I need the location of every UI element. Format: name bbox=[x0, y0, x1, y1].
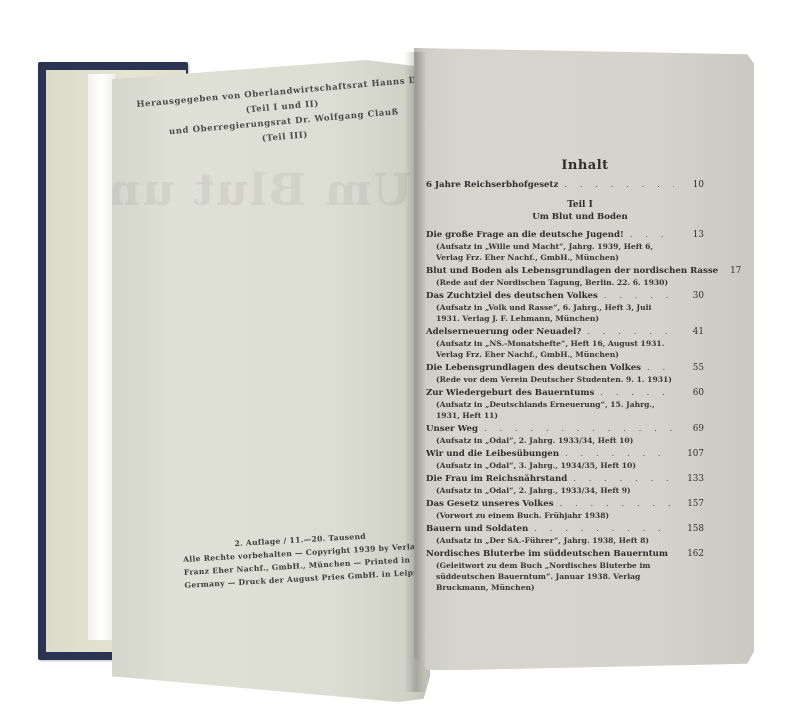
toc-entry-title: Unser Weg bbox=[426, 423, 478, 435]
toc-leader: . . . . . . . . . . . . . . . . . . . . … bbox=[600, 387, 674, 399]
toc-entry-title: Nordisches Bluterbe im süddeutschen Baue… bbox=[426, 548, 668, 560]
toc-entry-page: 41 bbox=[680, 326, 704, 338]
toc-entry-note: (Aufsatz in „Volk und Rasse“, 6. Jahrg.,… bbox=[426, 302, 704, 324]
toc-entry-note: (Aufsatz in „NS.-Monatshefte“, Heft 16, … bbox=[426, 338, 704, 360]
toc-entry: Unser Weg. . . . . . . . . . . . . . . .… bbox=[426, 423, 704, 446]
toc-entry-note: (Aufsatz in „Odal“, 2. Jahrg., 1933/34, … bbox=[426, 485, 704, 496]
toc-entry: Die Frau im Reichsnährstand. . . . . . .… bbox=[426, 473, 704, 496]
toc-entry-title: Blut und Boden als Lebensgrundlagen der … bbox=[426, 265, 718, 277]
toc-leader: . . . . . . . . . . . . . . . . . . . . … bbox=[560, 498, 674, 510]
toc-entry-page: 162 bbox=[680, 548, 704, 560]
gutter-shadow bbox=[404, 52, 426, 692]
toc-entry-note: (Aufsatz in „Wille und Macht“, Jahrg. 19… bbox=[426, 241, 704, 263]
toc-entry-page: 157 bbox=[680, 498, 704, 510]
open-book-photo: Um Blut und Boden Herausgegeben von Ober… bbox=[0, 0, 800, 720]
toc-entry-title: Wir und die Leibesübungen bbox=[426, 448, 559, 460]
toc-entry-page: 13 bbox=[680, 229, 704, 241]
show-through-title: Um Blut und Boden bbox=[152, 165, 412, 255]
toc-entry-page: 107 bbox=[680, 448, 704, 460]
toc-entry-title: Bauern und Soldaten bbox=[426, 523, 528, 535]
toc-leader: . . . . . . . . . . . . . . . . . . . . … bbox=[630, 229, 674, 241]
toc-entry: Das Zuchtziel des deutschen Volkes. . . … bbox=[426, 290, 704, 324]
toc-entry: Die große Frage an die deutsche Jugend!.… bbox=[426, 229, 704, 263]
toc-entry: Bauern und Soldaten. . . . . . . . . . .… bbox=[426, 523, 704, 546]
toc-entry: Nordisches Bluterbe im süddeutschen Baue… bbox=[426, 548, 704, 593]
toc-entry-title: 6 Jahre Reichserbhofgesetz bbox=[426, 179, 558, 191]
toc-entry-page: 30 bbox=[680, 290, 704, 302]
section-heading: Teil I bbox=[426, 199, 704, 211]
toc-entry: Wir und die Leibesübungen. . . . . . . .… bbox=[426, 448, 704, 471]
toc-leader: . . . . . . . . . . . . . . . . . . . . … bbox=[565, 448, 674, 460]
toc-entry-page: 17 bbox=[730, 265, 741, 277]
toc-entry: Zur Wiedergeburt des Bauerntums. . . . .… bbox=[426, 387, 704, 421]
toc-entry-title: Die Lebensgrundlagen des deutschen Volke… bbox=[426, 362, 641, 374]
toc-entry-note: (Aufsatz in „Der SA.-Führer“, Jahrg. 193… bbox=[426, 535, 704, 546]
toc-entry-title: Zur Wiedergeburt des Bauerntums bbox=[426, 387, 594, 399]
section-subheading: Um Blut und Boden bbox=[426, 211, 704, 223]
toc-leader: . . . . . . . . . . . . . . . . . . . . … bbox=[573, 473, 674, 485]
toc-entry: Die Lebensgrundlagen des deutschen Volke… bbox=[426, 362, 704, 385]
toc-entry-note: (Aufsatz in „Odal“, 3. Jahrg., 1934/35, … bbox=[426, 460, 704, 471]
toc-entry-note: (Rede vor dem Verein Deutscher Studenten… bbox=[426, 374, 704, 385]
toc-entry-title: Die Frau im Reichsnährstand bbox=[426, 473, 567, 485]
toc-entry-page: 158 bbox=[680, 523, 704, 535]
toc-leader: . . . . . . . . . . . . . . . . . . . . … bbox=[604, 290, 674, 302]
toc-leader: . . . . . . . . . . . . . . . . . . . . … bbox=[564, 179, 674, 191]
toc-entry-note: (Rede auf der Nordischen Tagung, Berlin.… bbox=[426, 277, 704, 288]
toc-leader: . . . . . . . . . . . . . . . . . . . . … bbox=[484, 423, 674, 435]
toc-entry-page: 55 bbox=[680, 362, 704, 374]
left-page: Um Blut und Boden bbox=[112, 60, 430, 702]
toc-entry-title: Die große Frage an die deutsche Jugend! bbox=[426, 229, 624, 241]
toc-leader: . . . . . . . . . . . . . . . . . . . . … bbox=[534, 523, 674, 535]
toc-entry-note: (Aufsatz in „Odal“, 2. Jahrg. 1933/34, H… bbox=[426, 435, 704, 446]
toc-title: Inhalt bbox=[426, 158, 704, 173]
toc-intro-entry: 6 Jahre Reichserbhofgesetz . . . . . . .… bbox=[426, 179, 704, 191]
toc-leader: . . . . . . . . . . . . . . . . . . . . … bbox=[587, 326, 674, 338]
toc-entry: Blut und Boden als Lebensgrundlagen der … bbox=[426, 265, 704, 288]
toc-entry-page: 10 bbox=[680, 179, 704, 191]
toc-entry-page: 133 bbox=[680, 473, 704, 485]
toc-entry-note: (Vorwort zu einem Buch. Frühjahr 1938) bbox=[426, 510, 704, 521]
table-of-contents: Inhalt 6 Jahre Reichserbhofgesetz . . . … bbox=[426, 158, 704, 595]
toc-entry: Das Gesetz unseres Volkes. . . . . . . .… bbox=[426, 498, 704, 521]
toc-entry-note: (Aufsatz in „Deutschlands Erneuerung“, 1… bbox=[426, 399, 704, 421]
toc-entry-page: 69 bbox=[680, 423, 704, 435]
toc-leader: . . . . . . . . . . . . . . . . . . . . … bbox=[647, 362, 674, 374]
toc-entry-title: Adelserneuerung oder Neuadel? bbox=[426, 326, 581, 338]
toc-entry-page: 60 bbox=[680, 387, 704, 399]
toc-entry-title: Das Gesetz unseres Volkes bbox=[426, 498, 554, 510]
toc-entry: Adelserneuerung oder Neuadel?. . . . . .… bbox=[426, 326, 704, 360]
toc-entry-note: (Geleitwort zu dem Buch „Nordisches Blut… bbox=[426, 560, 704, 593]
toc-entry-title: Das Zuchtziel des deutschen Volkes bbox=[426, 290, 598, 302]
